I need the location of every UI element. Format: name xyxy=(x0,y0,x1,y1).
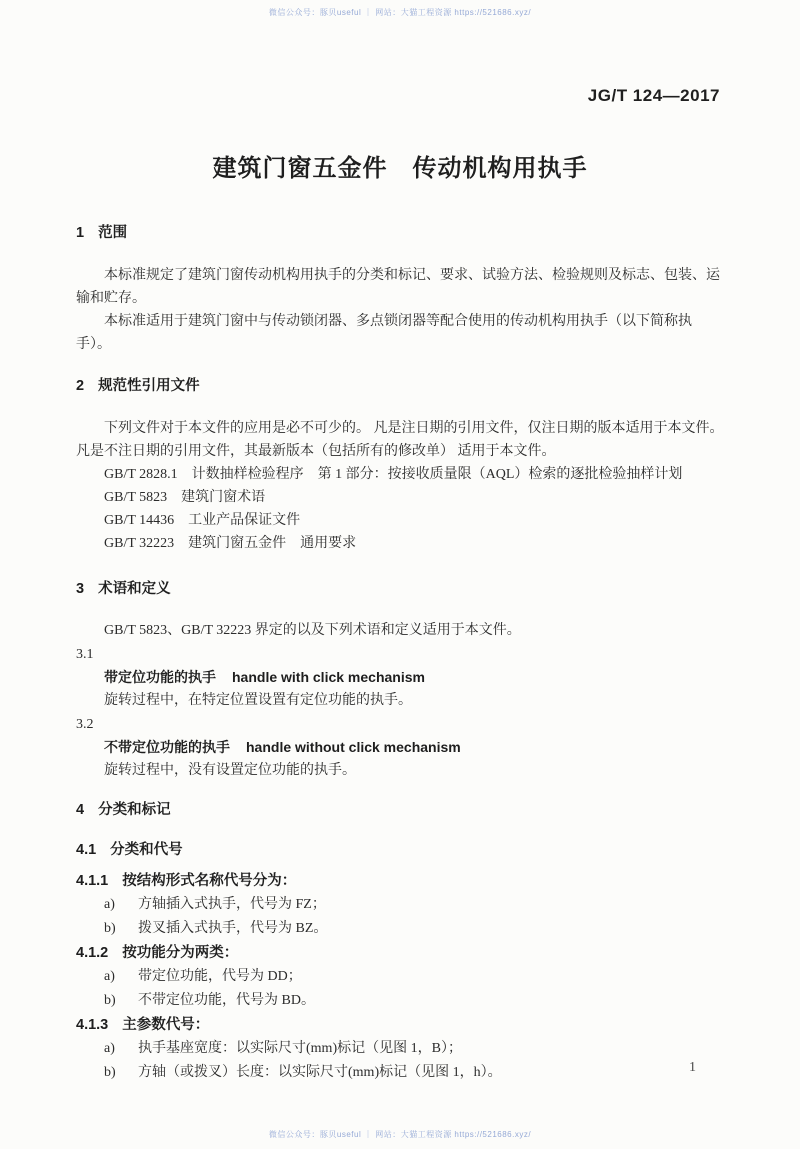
list-item-marker: a) xyxy=(104,965,138,989)
term-number: 3.1 xyxy=(76,643,726,666)
term-title-en: handle with click mechanism xyxy=(232,669,425,685)
document-title: 建筑门窗五金件 传动机构用执手 xyxy=(0,148,800,183)
term-title-cn: 不带定位功能的执手 xyxy=(104,739,230,755)
section-4-number: 4 xyxy=(76,802,84,818)
clause-4-1-2-lead: 按功能分为两类： xyxy=(122,945,238,961)
list-item: a)带定位功能，代号为 DD； xyxy=(76,965,726,989)
list-item-text: 方轴插入式执手，代号为 FZ； xyxy=(138,897,326,912)
section-3-title: 术语和定义 xyxy=(98,581,171,597)
list-item: b)拨叉插入式执手，代号为 BZ。 xyxy=(76,917,726,941)
term-definition: 旋转过程中，没有设置定位功能的执手。 xyxy=(76,759,726,782)
section-4-1-heading: 4.1分类和代号 xyxy=(76,839,726,862)
clause-4-1-3-lead: 主参数代号： xyxy=(122,1017,209,1033)
section-4-heading: 4分类和标记 xyxy=(76,799,726,822)
term-definition: 旋转过程中，在特定位置设置有定位功能的执手。 xyxy=(76,689,726,712)
standard-number: JG/T 124—2017 xyxy=(588,86,720,106)
section-4-1-title: 分类和代号 xyxy=(110,842,183,858)
list-item-marker: a) xyxy=(104,893,138,917)
clause-4-1-1-lead: 按结构形式名称代号分为： xyxy=(122,873,296,889)
section-2-heading: 2规范性引用文件 xyxy=(76,375,726,398)
scope-paragraph-1: 本标准规定了建筑门窗传动机构用执手的分类和标记、要求、试验方法、检验规则及标志、… xyxy=(76,264,726,310)
list-item-text: 不带定位功能，代号为 BD。 xyxy=(138,993,315,1008)
page-number: 1 xyxy=(689,1060,696,1076)
section-2-title: 规范性引用文件 xyxy=(98,378,200,394)
list-item-text: 拨叉插入式执手，代号为 BZ。 xyxy=(138,921,327,936)
reference-item: GB/T 14436 工业产品保证文件 xyxy=(76,509,726,532)
list-item-text: 方轴（或拨叉）长度：以实际尺寸(mm)标记（见图 1，h）。 xyxy=(138,1065,502,1080)
clause-4-1-2-heading: 4.1.2按功能分为两类： xyxy=(76,942,726,965)
section-1-title: 范围 xyxy=(98,225,127,241)
section-1-heading: 1范围 xyxy=(76,222,726,245)
list-item: a)方轴插入式执手，代号为 FZ； xyxy=(76,893,726,917)
clause-4-1-3-number: 4.1.3 xyxy=(76,1017,108,1033)
clause-4-1-3-heading: 4.1.3主参数代号： xyxy=(76,1014,726,1037)
list-item: b)方轴（或拨叉）长度：以实际尺寸(mm)标记（见图 1，h）。 xyxy=(76,1061,726,1085)
list-item-marker: a) xyxy=(104,1037,138,1061)
document-page: 微信公众号：豚贝useful ｜ 网站：大猫工程资源 https://52168… xyxy=(0,0,800,1149)
section-4-title: 分类和标记 xyxy=(98,802,171,818)
list-item-marker: b) xyxy=(104,989,138,1013)
list-item-marker: b) xyxy=(104,1061,138,1085)
section-3-number: 3 xyxy=(76,581,84,597)
clause-4-1-2-number: 4.1.2 xyxy=(76,945,108,961)
reference-item: GB/T 32223 建筑门窗五金件 通用要求 xyxy=(76,532,726,555)
terms-intro-paragraph: GB/T 5823、GB/T 32223 界定的以及下列术语和定义适用于本文件。 xyxy=(76,619,726,642)
section-3-heading: 3术语和定义 xyxy=(76,578,726,601)
document-body: 1范围 本标准规定了建筑门窗传动机构用执手的分类和标记、要求、试验方法、检验规则… xyxy=(76,222,726,1085)
section-1-number: 1 xyxy=(76,225,84,241)
clause-4-1-1-number: 4.1.1 xyxy=(76,873,108,889)
watermark-bottom: 微信公众号：豚贝useful ｜ 网站：大猫工程资源 https://52168… xyxy=(0,1129,800,1140)
refs-intro-paragraph: 下列文件对于本文件的应用是必不可少的。 凡是注日期的引用文件，仅注日期的版本适用… xyxy=(76,417,726,463)
reference-item: GB/T 5823 建筑门窗术语 xyxy=(76,486,726,509)
term-number: 3.2 xyxy=(76,713,726,736)
clause-4-1-1-heading: 4.1.1按结构形式名称代号分为： xyxy=(76,870,726,893)
list-item-text: 执手基座宽度：以实际尺寸(mm)标记（见图 1，B）； xyxy=(138,1041,462,1056)
term-title-en: handle without click mechanism xyxy=(246,739,461,755)
reference-item: GB/T 2828.1 计数抽样检验程序 第 1 部分：按接收质量限（AQL）检… xyxy=(76,463,726,486)
section-2-number: 2 xyxy=(76,378,84,394)
list-item-text: 带定位功能，代号为 DD； xyxy=(138,969,302,984)
list-item: b)不带定位功能，代号为 BD。 xyxy=(76,989,726,1013)
term-title: 不带定位功能的执手handle without click mechanism xyxy=(76,736,726,759)
scope-paragraph-2: 本标准适用于建筑门窗中与传动锁闭器、多点锁闭器等配合使用的传动机构用执手（以下简… xyxy=(76,310,726,356)
term-title-cn: 带定位功能的执手 xyxy=(104,669,216,685)
list-item-marker: b) xyxy=(104,917,138,941)
section-4-1-number: 4.1 xyxy=(76,842,96,858)
term-title: 带定位功能的执手handle with click mechanism xyxy=(76,666,726,689)
list-item: a)执手基座宽度：以实际尺寸(mm)标记（见图 1，B）； xyxy=(76,1037,726,1061)
watermark-top: 微信公众号：豚贝useful ｜ 网站：大猫工程资源 https://52168… xyxy=(0,7,800,18)
